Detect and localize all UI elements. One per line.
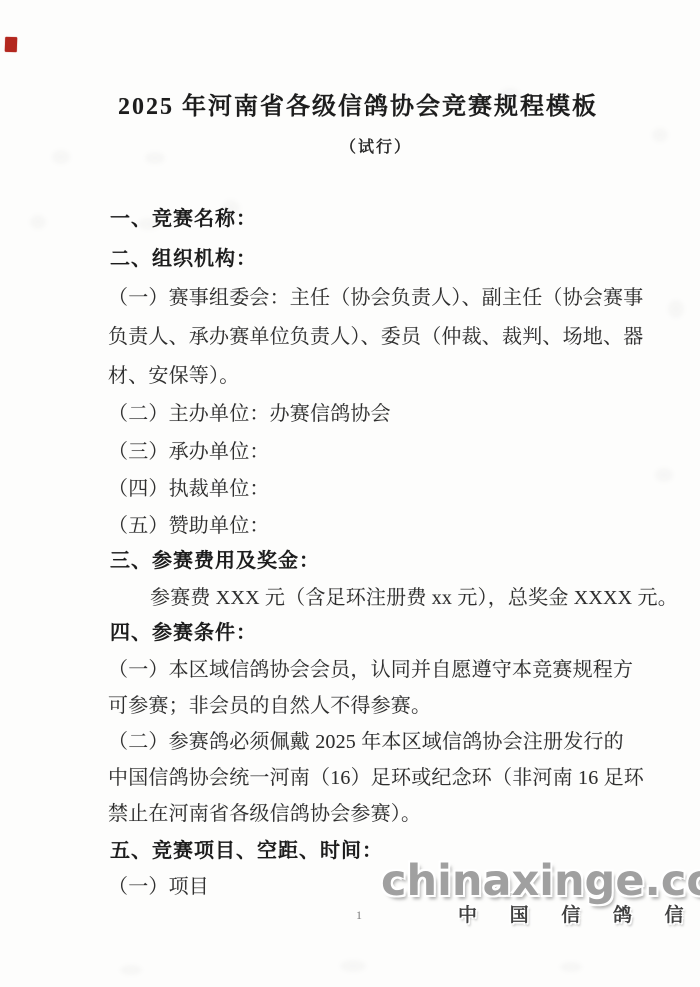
doc-line: 禁止在河南省各级信鸽协会参赛）。 bbox=[108, 804, 421, 824]
doc-line: 中国信鸽协会统一河南（16）足环或纪念环（非河南 16 足环 bbox=[108, 768, 644, 788]
watermark-site-name: 中 国 信 鸽 信 息 网 bbox=[458, 906, 700, 925]
section-heading-fees-prizes: 三、参赛费用及奖金： bbox=[110, 551, 320, 571]
doc-line: （四）执裁单位： bbox=[108, 479, 270, 499]
doc-line: 可参赛；非会员的自然人不得参赛。 bbox=[108, 696, 431, 716]
doc-line: 材、安保等）。 bbox=[108, 366, 239, 386]
section-heading-organization: 二、组织机构： bbox=[110, 249, 257, 269]
doc-line: （一）项目 bbox=[108, 877, 209, 897]
page-number: 1 bbox=[356, 908, 362, 923]
scan-noise bbox=[668, 300, 684, 318]
section-heading-entry-conditions: 四、参赛条件： bbox=[110, 623, 257, 643]
doc-line: （一）赛事组委会：主任（协会负责人）、副主任（协会赛事 bbox=[108, 288, 643, 308]
scan-noise bbox=[655, 468, 673, 482]
scan-noise bbox=[30, 215, 46, 229]
doc-line: （五）赞助单位： bbox=[108, 516, 270, 536]
scan-noise bbox=[120, 965, 142, 975]
scan-noise bbox=[560, 962, 582, 972]
section-heading-events-distance-time: 五、竞赛项目、空距、时间： bbox=[110, 841, 383, 861]
doc-line: （三）承办单位： bbox=[108, 442, 270, 462]
doc-line: 负责人、承办赛单位负责人）、委员（仲裁、裁判、场地、器 bbox=[108, 327, 643, 347]
section-heading-competition-name: 一、竞赛名称： bbox=[110, 209, 257, 229]
scanned-document-page: 2025 年河南省各级信鸽协会竞赛规程模板 （试行） 一、竞赛名称： 二、组织机… bbox=[0, 0, 700, 987]
doc-line: 参赛费 XXX 元（含足环注册费 xx 元），总奖金 XXXX 元。 bbox=[150, 588, 678, 608]
doc-line: （一）本区域信鸽协会会员，认同并自愿遵守本竞赛规程方 bbox=[108, 660, 633, 680]
doc-line: （二）主办单位：办赛信鸽协会 bbox=[108, 404, 391, 424]
watermark-brand: chinaxinge.com bbox=[381, 860, 700, 903]
scan-noise bbox=[340, 960, 366, 972]
document-title: 2025 年河南省各级信鸽协会竞赛规程模板 bbox=[0, 86, 700, 121]
document-subtitle: （试行） bbox=[0, 134, 700, 157]
red-stamp-mark bbox=[5, 37, 18, 52]
doc-line: （二）参赛鸽必须佩戴 2025 年本区域信鸽协会注册发行的 bbox=[108, 732, 624, 752]
